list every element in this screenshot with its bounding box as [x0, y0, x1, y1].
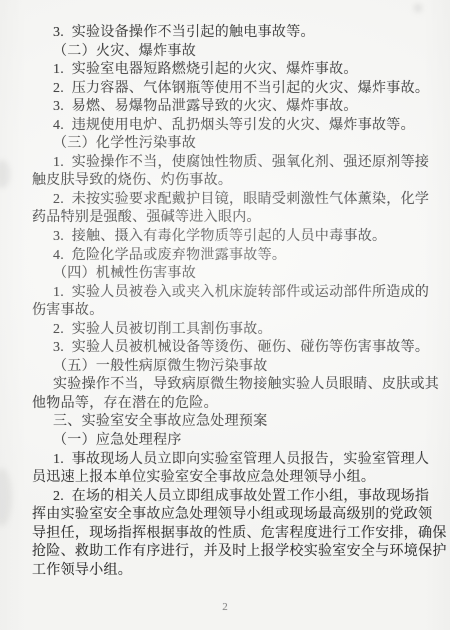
- text-line: （二）火灾、爆炸事故: [32, 43, 424, 62]
- text-line: 3. 实验人员被机械设备等烫伤、砸伤、碰伤等伤害事故等。: [32, 339, 424, 358]
- text-line: 员迅速上报本单位实验室安全事故应急处理领导小组。: [32, 469, 424, 488]
- document-page: 3. 实验设备操作不当引起的触电事故等。（二）火灾、爆炸事故1. 实验室电器短路…: [0, 0, 450, 630]
- text-line: 4. 危险化学品或废弃物泄露事故等。: [32, 247, 424, 266]
- text-line: 3. 易燃、易爆物品泄露导致的火灾、爆炸事故。: [32, 98, 424, 117]
- scan-smudge: [414, 4, 422, 12]
- text-line: 三、实验室安全事故应急处理预案: [32, 413, 424, 432]
- text-line: 挥由实验室安全事故应急处理领导小组或现场最高级别的党政领: [32, 506, 424, 525]
- text-line: 1. 实验室电器短路燃烧引起的火灾、爆炸事故。: [32, 61, 424, 80]
- text-line: （五）一般性病原微生物污染事故: [32, 358, 424, 377]
- text-line: 工作领导小组。: [32, 562, 424, 581]
- text-line: 3. 实验设备操作不当引起的触电事故等。: [32, 24, 424, 43]
- text-line: 导担任，现场指挥根据事故的性质、危害程度进行工作安排，确保: [32, 525, 424, 544]
- text-block: 3. 实验设备操作不当引起的触电事故等。（二）火灾、爆炸事故1. 实验室电器短路…: [32, 24, 424, 580]
- text-line: 抢险、救助工作有序进行，并及时上报学校实验室安全与环境保护: [32, 543, 424, 562]
- text-line: 他物品等，存在潜在的危险。: [32, 395, 424, 414]
- text-line: 药品特别是强酸、强碱等进入眼内。: [32, 209, 424, 228]
- text-line: 1. 实验操作不当，使腐蚀性物质、强氧化剂、强还原剂等接: [32, 154, 424, 173]
- text-line: 4. 违规使用电炉、乱扔烟头等引发的火灾、爆炸事故等。: [32, 117, 424, 136]
- text-line: （一）应急处理程序: [32, 432, 424, 451]
- text-line: 2. 未按实验要求配戴护目镜，眼睛受刺激性气体薰染，化学: [32, 191, 424, 210]
- text-line: 1. 实验人员被卷入或夹入机床旋转部件或运动部件所造成的: [32, 284, 424, 303]
- text-line: 2. 压力容器、气体钢瓶等使用不当引起的火灾、爆炸事故。: [32, 80, 424, 99]
- scan-smudge: [0, 468, 12, 526]
- text-line: 2. 在场的相关人员立即组成事故处置工作小组，事故现场指: [32, 488, 424, 507]
- text-line: 实验操作不当，导致病原微生物接触实验人员眼睛、皮肤或其: [32, 376, 424, 395]
- text-line: 1. 事故现场人员立即向实验室管理人员报告，实验室管理人: [32, 451, 424, 470]
- text-line: （四）机械性伤害事故: [32, 265, 424, 284]
- text-line: （三）化学性污染事故: [32, 135, 424, 154]
- text-line: 触皮肤导致的烧伤、灼伤事故。: [32, 172, 424, 191]
- text-line: 伤害事故。: [32, 302, 424, 321]
- page-number: 2: [0, 600, 450, 614]
- text-line: 3. 接触、摄入有毒化学物质等引起的人员中毒事故。: [32, 228, 424, 247]
- text-line: 2. 实验人员被切削工具割伤事故。: [32, 321, 424, 340]
- scan-smudge: [0, 160, 10, 188]
